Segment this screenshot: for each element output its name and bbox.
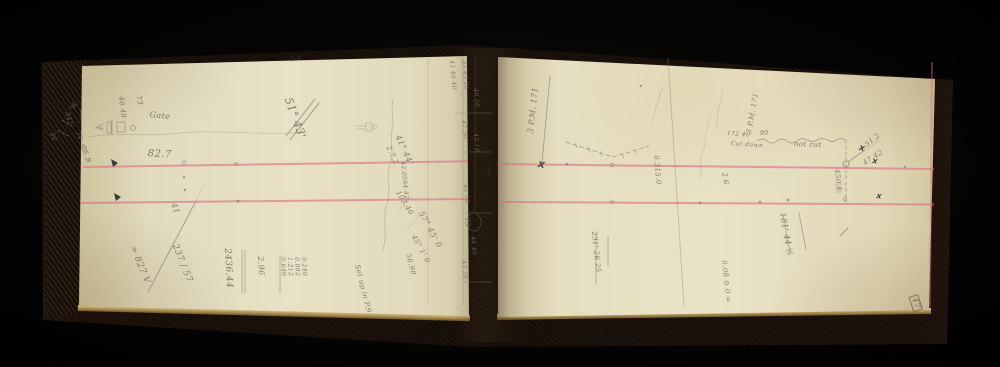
handwritten-note: 51.2	[864, 132, 882, 148]
handwritten-note: 45 16	[462, 184, 470, 204]
annotation-layer: 54x34°3046 4073Gate34' 43'15.B82.751° 43…	[0, 0, 1000, 367]
handwritten-note: 1.212	[286, 257, 293, 276]
handwritten-note: x	[537, 158, 546, 170]
handwritten-note: 90	[760, 131, 768, 137]
handwritten-note: 3 P.M. 171	[527, 87, 540, 134]
handwritten-note: 73	[134, 95, 143, 106]
handwritten-note: 237 / 57	[170, 243, 194, 284]
handwritten-note: 31 45 26	[460, 60, 469, 90]
handwritten-note: 47 30	[460, 120, 468, 140]
handwritten-note: x	[872, 157, 878, 166]
handwritten-note: 0.082	[293, 257, 300, 276]
photo-backdrop: 54x34°3046 4073Gate34' 43'15.B82.751° 43…	[0, 0, 1000, 367]
handwritten-note: x	[876, 192, 882, 201]
handwritten-note: 172 40	[727, 131, 751, 139]
handwritten-note: 41 46 40	[448, 60, 457, 90]
handwritten-note: 0.640	[279, 257, 286, 276]
handwritten-note: 41	[169, 202, 180, 215]
handwritten-note: = 827 V	[128, 245, 151, 285]
handwritten-note: 30	[48, 131, 58, 143]
handwritten-note: 2.7.2	[385, 145, 399, 166]
handwritten-note: 181' 44 ½	[778, 212, 794, 257]
handwritten-note: 0.08 ⊙ 0 ≈	[720, 260, 731, 303]
handwritten-note: 56.90	[404, 253, 416, 276]
handwritten-note: 54	[290, 54, 302, 64]
handwritten-note: 2436.44	[222, 248, 233, 288]
handwritten-note: 46 40	[117, 96, 127, 119]
handwritten-note: 73	[463, 217, 471, 227]
handwritten-note: 51° 43'	[283, 96, 308, 140]
handwritten-note: 82.7	[147, 149, 172, 161]
handwritten-note: 45 16	[472, 133, 480, 153]
handwritten-note: 0.315.0	[652, 155, 662, 185]
handwritten-note: 450.0	[833, 169, 842, 192]
handwritten-note: 3 P.M. 171	[746, 92, 760, 134]
handwritten-note: Set up in P.9	[353, 264, 372, 314]
handwritten-note: Gate	[149, 111, 170, 121]
handwritten-note: 44 40	[469, 236, 477, 256]
handwritten-note: 0.240	[300, 257, 307, 276]
handwritten-note: not cut	[794, 141, 822, 149]
handwritten-note: 103.46	[394, 190, 414, 217]
handwritten-note: 2 6	[720, 172, 729, 185]
handwritten-note: 15.B	[79, 145, 91, 164]
handwritten-note: 2.96	[256, 256, 265, 276]
handwritten-note: Cut down	[731, 141, 764, 149]
handwritten-note: 34°	[63, 111, 73, 126]
handwritten-note: 231' 26 25	[590, 231, 601, 273]
handwritten-note: 40 26	[472, 88, 480, 108]
handwritten-note: 43 20	[460, 260, 468, 280]
handwritten-note: x	[858, 144, 866, 154]
handwritten-note: 47	[908, 294, 922, 312]
